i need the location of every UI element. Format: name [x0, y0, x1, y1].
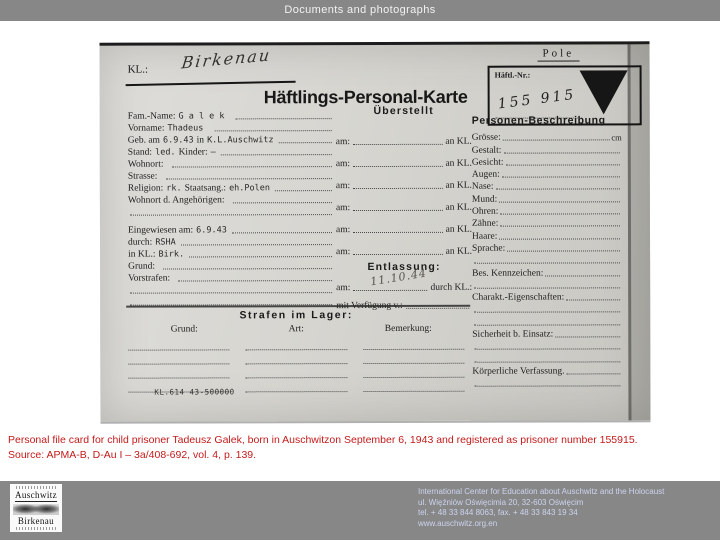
logo-birkenau-label: Birkenau	[18, 516, 54, 526]
field-in-kl: in KL.:Birk.	[128, 247, 334, 260]
dotted-line	[178, 280, 332, 281]
desc-field-zaehne: Zähne:	[472, 216, 622, 229]
dotted-line	[353, 210, 442, 211]
punishments-column-headers: Grund: Art: Bemerkung:	[128, 324, 464, 335]
field-geb-am: Geb. am6.9.43inK.L.Auschwitz	[128, 133, 334, 146]
transfer-column: Überstellt am:an KL. am:an KL. am:an KL.…	[336, 105, 473, 311]
field-stand: Stand:led.Kinder:–	[128, 145, 334, 158]
dotted-line	[233, 202, 332, 203]
field-strasse: Strasse:	[128, 169, 334, 182]
transfer-row: am:an KL.	[336, 213, 472, 235]
dotted-line	[496, 189, 620, 190]
field-grund: Grund:	[128, 259, 334, 272]
punishments-section: Strafen im Lager: Grund: Art: Bemerkung:	[128, 309, 464, 393]
description-header: Personen-Beschreibung	[472, 114, 622, 130]
dotted-cell	[246, 364, 347, 378]
dotted-cell	[363, 350, 464, 364]
desc-field-sicherheit: Sicherheit b. Einsatz:	[472, 327, 622, 340]
dotted-cell	[246, 336, 347, 350]
slide: Documents and photographs KL.: Birkenau …	[0, 0, 720, 540]
dotted-line	[165, 178, 331, 179]
dotted-line	[474, 349, 620, 350]
dotted-line	[130, 292, 332, 294]
field-wohnort: Wohnort:	[128, 157, 334, 170]
desc-field-charakter: Charakt.-Eigenschaften:	[472, 290, 622, 303]
dotted-line	[181, 244, 332, 245]
logo-auschwitz-label: Auschwitz	[15, 490, 57, 502]
dotted-line	[232, 232, 332, 233]
cm-unit: cm	[611, 133, 621, 143]
dotted-line	[353, 188, 442, 189]
desc-field-mund: Mund:	[472, 192, 622, 205]
dotted-line	[505, 164, 619, 165]
dotted-line	[171, 166, 331, 167]
dotted-line	[545, 275, 620, 276]
dotted-line	[474, 312, 620, 313]
dotted-line	[474, 361, 620, 362]
caption-line-1: Personal file card for child prisoner Ta…	[8, 433, 714, 448]
blank-dotted-row	[128, 283, 334, 296]
transfer-row: am:an KL.	[336, 147, 472, 169]
col-bemerkung: Bemerkung:	[352, 324, 464, 334]
dotted-line	[503, 152, 619, 153]
col-grund: Grund:	[128, 324, 240, 334]
dotted-line	[474, 386, 620, 387]
dotted-line	[163, 268, 332, 269]
personal-data-column: Fam.-Name:G a l e k Vorname:Thadeus Geb.…	[128, 109, 335, 308]
form-print-code: KL.614 43-500000	[154, 387, 234, 396]
dotted-line	[353, 166, 442, 167]
blank-dotted-row	[472, 315, 622, 328]
punishments-grid	[128, 336, 464, 393]
field-vorstrafen: Vorstrafen:	[128, 271, 334, 284]
dotted-line	[474, 324, 620, 325]
dotted-line	[353, 254, 442, 255]
dotted-cell	[128, 364, 229, 378]
logo-small-text-top	[16, 486, 56, 489]
dotted-line	[507, 250, 620, 251]
desc-field-gestalt: Gestalt:	[472, 143, 622, 156]
dotted-line	[474, 263, 620, 264]
dotted-line	[353, 232, 442, 233]
transfer-row: am:an KL.	[336, 235, 472, 257]
transfer-row: am:an KL.	[336, 125, 472, 147]
prisoner-card-scan: KL.: Birkenau Häftlings-Personal-Karte P…	[100, 41, 651, 421]
desc-field-kennzeichen: Bes. Kennzeichen:	[472, 266, 622, 279]
prisoner-number-label: Häftl.-Nr.:	[495, 71, 531, 80]
dotted-line	[214, 130, 331, 131]
dotted-line	[502, 177, 620, 178]
desc-field-verfassung: Körperliche Verfassung.	[472, 364, 622, 377]
desc-field-haare: Haare:	[472, 229, 622, 242]
desc-field-ohren: Ohren:	[472, 204, 622, 217]
dotted-line	[236, 118, 332, 119]
dotted-line	[503, 140, 610, 141]
nationality-note: Pole	[538, 47, 580, 61]
dotted-cell	[363, 336, 464, 350]
dotted-line	[566, 300, 620, 301]
contact-address: ul. Więźniów Oświęcimia 20, 32-603 Oświę…	[418, 498, 664, 509]
logo-small-text-bottom	[16, 527, 56, 530]
contact-block: International Center for Education about…	[418, 487, 664, 529]
dotted-line	[499, 201, 620, 202]
contact-website: www.auschwitz.org.en	[418, 519, 664, 530]
field-eingewiesen-am: Eingewiesen am:6.9.43	[128, 223, 334, 236]
dotted-line	[189, 256, 332, 257]
dotted-line	[500, 213, 620, 214]
dotted-line	[353, 290, 427, 291]
dotted-line	[555, 336, 620, 337]
desc-field-augen: Augen:	[472, 167, 622, 180]
dotted-cell	[128, 350, 229, 364]
transfer-row: am:an KL.	[336, 169, 472, 191]
dotted-line	[353, 144, 442, 145]
black-triangle-icon	[580, 70, 628, 114]
kl-field-label: KL.:	[128, 64, 149, 76]
dotted-line	[279, 142, 332, 143]
punishments-header: Strafen im Lager:	[128, 309, 464, 322]
dotted-line	[221, 154, 332, 155]
blank-dotted-row	[472, 278, 622, 291]
blank-dotted-row	[128, 205, 334, 218]
desc-field-groesse: Grösse:cm	[472, 130, 622, 143]
blank-dotted-row	[472, 253, 622, 266]
blank-dotted-row	[472, 303, 622, 316]
field-fam-name: Fam.-Name:G a l e k	[128, 109, 334, 122]
transfer-row: am:an KL.	[336, 191, 472, 213]
kl-underline	[126, 81, 296, 86]
col-art: Art:	[240, 324, 352, 334]
desc-field-gesicht: Gesicht:	[472, 155, 622, 168]
dotted-cell	[363, 378, 464, 392]
transfer-header: Überstellt	[336, 105, 472, 125]
field-vorname: Vorname:Thadeus	[128, 121, 334, 134]
caption-line-2: Source: APMA-B, D-Au I – 3a/408-692, vol…	[8, 448, 714, 463]
contact-phone: tel. + 48 33 844 8063, fax. + 48 33 843 …	[418, 508, 664, 519]
prisoner-number-handwritten: 155 915	[497, 87, 577, 113]
dotted-line	[567, 373, 621, 374]
desc-field-nase: Nase:	[472, 180, 622, 193]
slide-header-bar: Documents and photographs	[0, 0, 720, 21]
field-religion: Religion:rk.Staatsang.:eh.Polen	[128, 181, 334, 194]
desc-field-sprache: Sprache:	[472, 241, 622, 254]
dotted-cell	[246, 350, 347, 364]
field-durch: durch:RSHA	[128, 235, 334, 248]
kl-handwritten-value: Birkenau	[181, 45, 273, 72]
eyes-image	[13, 504, 59, 515]
caption-block: Personal file card for child prisoner Ta…	[8, 433, 714, 463]
footer-bar: Auschwitz Birkenau International Center …	[0, 481, 720, 540]
dotted-line	[499, 238, 620, 239]
field-wohnort-angehoerigen: Wohnort d. Angehörigen:	[128, 193, 334, 206]
dotted-cell	[246, 378, 347, 392]
dotted-line	[130, 214, 332, 216]
auschwitz-birkenau-logo: Auschwitz Birkenau	[10, 484, 62, 532]
dotted-cell	[128, 336, 229, 350]
blank-dotted-row	[472, 376, 622, 389]
blank-dotted-row	[472, 339, 622, 352]
blank-dotted-row	[472, 352, 622, 365]
slide-header-title: Documents and photographs	[284, 4, 435, 16]
person-description-column: Personen-Beschreibung Grösse:cm Gestalt:…	[472, 114, 623, 389]
dotted-line	[275, 190, 332, 191]
dotted-line	[500, 226, 620, 227]
dotted-line	[474, 287, 620, 288]
contact-org-name: International Center for Education about…	[418, 487, 664, 498]
dotted-cell	[363, 364, 464, 378]
